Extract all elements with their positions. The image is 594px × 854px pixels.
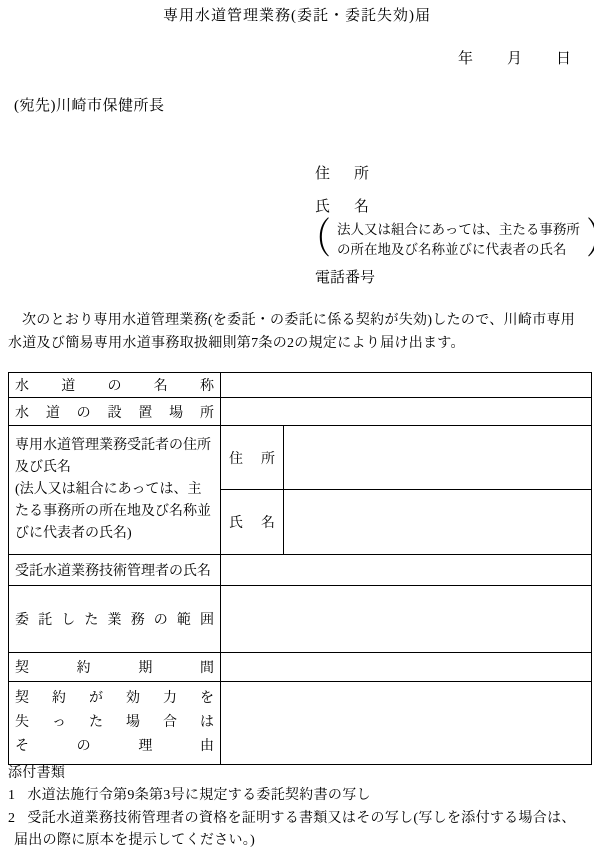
form-table: 水道の名称 水道の設置場所 専用水道管理業務受託者の住所及び氏名 (法人又は組合…: [8, 372, 592, 765]
scope-value-cell: [221, 586, 592, 653]
trustee-name-value-cell: [284, 490, 592, 555]
day-label: 日: [556, 47, 571, 68]
form-title: 専用水道管理業務(委託・委託失効)届: [0, 4, 594, 25]
row-manager-name: 受託水道業務技術管理者の氏名: [9, 555, 592, 586]
period-label: 契約期間: [15, 657, 214, 677]
water-name-label: 水道の名称: [15, 375, 214, 395]
water-location-label: 水道の設置場所: [15, 402, 214, 422]
trustee-address-value-cell: [284, 426, 592, 490]
water-location-value-cell: [221, 398, 592, 426]
attachment-2-text: 受託水道業務技術管理者の資格を証明する書類又はその写し(写しを添付する場合は、: [27, 808, 575, 830]
reason-label-cell: 契約が効力を 失った場合は その理由: [9, 682, 221, 765]
year-label: 年: [458, 47, 473, 68]
trustee-name-label: 氏名: [229, 512, 275, 532]
attachment-2-continuation: 届出の際に原本を提示してください。): [14, 830, 590, 852]
scope-label-cell: 委託した業務の範囲: [9, 586, 221, 653]
corporate-note: （ 法人又は組合にあっては、主たる事務所 の所在地及び名称並びに代表者の氏名 ）: [294, 218, 594, 262]
trustee-name-label-cell: 氏名: [221, 490, 284, 555]
attachment-item-2: 2 受託水道業務技術管理者の資格を証明する書類又はその写し(写しを添付する場合は…: [8, 808, 590, 830]
open-paren: （: [299, 218, 331, 262]
row-period: 契約期間: [9, 653, 592, 682]
attachment-1-text: 水道法施行令第9条第3号に規定する委託契約書の写し: [27, 785, 371, 807]
period-value-cell: [221, 653, 592, 682]
sender-name-label: 氏名: [315, 195, 369, 216]
date-line: 年月日: [458, 47, 571, 68]
body-paragraph: 次のとおり専用水道管理業務(を委託・の委託に係る契約が失効)したので、川崎市専用…: [8, 309, 590, 355]
body-line1: 次のとおり専用水道管理業務(を委託・の委託に係る契約が失効)したので、川崎市専用: [8, 309, 590, 332]
reason-label-line2: 失った場合は: [15, 711, 214, 735]
sender-address-label: 住所: [315, 162, 369, 183]
attachment-1-number: 1: [8, 785, 15, 807]
body-line2: 水道及び簡易専用水道事務取扱細則第7条の2の規定により届け出ます。: [8, 332, 590, 355]
row-trustee-address: 専用水道管理業務受託者の住所及び氏名 (法人又は組合にあっては、主たる事務所の所…: [9, 426, 592, 490]
trustee-header-line1: 専用水道管理業務受託者の住所及び氏名: [15, 435, 214, 479]
attachment-item-1: 1 水道法施行令第9条第3号に規定する委託契約書の写し: [8, 785, 590, 807]
corporate-note-line2: の所在地及び名称並びに代表者の氏名: [337, 240, 580, 260]
corporate-note-line1: 法人又は組合にあっては、主たる事務所: [337, 220, 580, 240]
row-water-location: 水道の設置場所: [9, 398, 592, 426]
reason-value-cell: [221, 682, 592, 765]
reason-label-line1: 契約が効力を: [15, 687, 214, 711]
water-name-value-cell: [221, 373, 592, 398]
scope-label: 委託した業務の範囲: [15, 609, 214, 629]
addressee: (宛先)川崎市保健所長: [14, 94, 165, 115]
row-water-name: 水道の名称: [9, 373, 592, 398]
water-name-label-cell: 水道の名称: [9, 373, 221, 398]
close-paren: ）: [586, 218, 594, 262]
corporate-note-text: 法人又は組合にあっては、主たる事務所 の所在地及び名称並びに代表者の氏名: [336, 220, 581, 260]
trustee-header-cell: 専用水道管理業務受託者の住所及び氏名 (法人又は組合にあっては、主たる事務所の所…: [9, 426, 221, 555]
row-reason: 契約が効力を 失った場合は その理由: [9, 682, 592, 765]
form-page: 専用水道管理業務(委託・委託失効)届 年月日 (宛先)川崎市保健所長 住所 氏名…: [0, 0, 594, 854]
row-scope: 委託した業務の範囲: [9, 586, 592, 653]
month-label: 月: [507, 47, 522, 68]
reason-label-line3: その理由: [15, 735, 214, 759]
trustee-header-line2: (法人又は組合にあっては、主たる事務所の所在地及び名称並びに代表者の氏名): [15, 479, 214, 545]
attachments-section: 添付書類 1 水道法施行令第9条第3号に規定する委託契約書の写し 2 受託水道業…: [8, 763, 590, 853]
manager-name-label-cell: 受託水道業務技術管理者の氏名: [9, 555, 221, 586]
attachments-heading: 添付書類: [8, 763, 590, 785]
manager-name-label: 受託水道業務技術管理者の氏名: [15, 560, 214, 580]
trustee-address-label: 住所: [229, 448, 275, 468]
water-location-label-cell: 水道の設置場所: [9, 398, 221, 426]
attachment-2-number: 2: [8, 808, 15, 830]
manager-name-value-cell: [221, 555, 592, 586]
trustee-address-label-cell: 住所: [221, 426, 284, 490]
period-label-cell: 契約期間: [9, 653, 221, 682]
sender-phone-label: 電話番号: [315, 266, 375, 287]
